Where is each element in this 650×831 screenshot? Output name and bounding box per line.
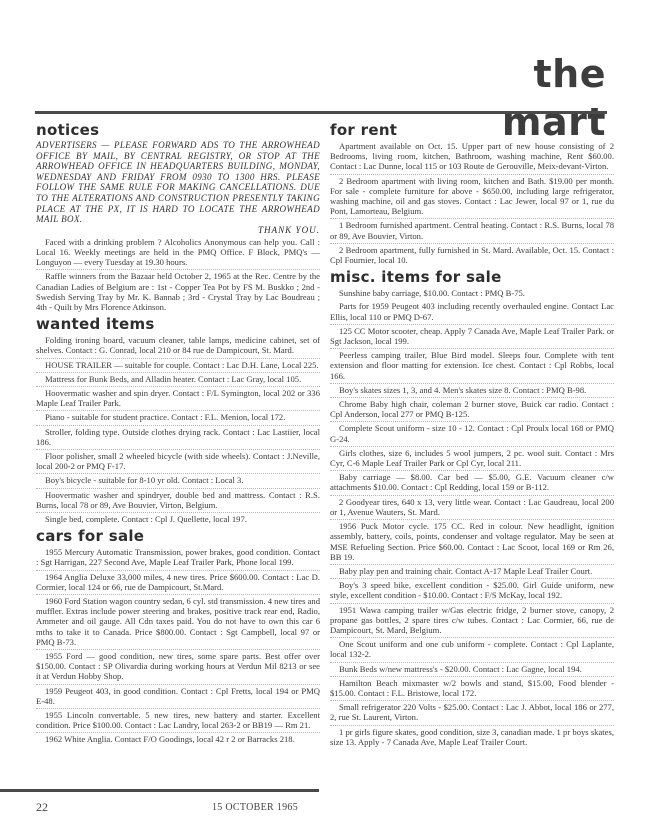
- wanted-items-heading: wanted items: [36, 316, 320, 332]
- misc-ad: Chrome Baby high chair, coleman 2 burner…: [330, 398, 614, 422]
- left-column: notices ADVERTISERS — PLEASE FORWARD ADS…: [36, 120, 320, 747]
- misc-ad: 1956 Puck Motor cycle. 175 CC. Red in co…: [330, 520, 614, 565]
- misc-ad: One Scout uniform and one cub uniform - …: [330, 638, 614, 662]
- misc-ad: Baby play pen and training chair. Contac…: [330, 565, 614, 579]
- page-number: 22: [36, 800, 48, 815]
- misc-ad: Baby carriage — $8.00. Car bed — $5.00, …: [330, 471, 614, 495]
- misc-ad: 1 pr girls figure skates, good condition…: [330, 726, 614, 749]
- wanted-ad: Piano - suitable for student practice. C…: [36, 411, 320, 425]
- advertisers-notice: ADVERTISERS — PLEASE FORWARD ADS TO THE …: [36, 140, 320, 225]
- wanted-ad: Hoovermatic washer and spin dryer. Conta…: [36, 387, 320, 411]
- misc-ad: 125 CC Motor scooter, cheap. Apply 7 Can…: [330, 325, 614, 349]
- misc-ad: Parts for 1959 Peugeot 403 including rec…: [330, 300, 614, 324]
- header-rule: [35, 111, 607, 114]
- misc-ad: Girls clothes, size 6, includes 5 wool j…: [330, 447, 614, 471]
- misc-items-heading: misc. items for sale: [330, 269, 614, 285]
- notice-item: Raffle winners from the Bazaar held Octo…: [36, 270, 320, 314]
- misc-ad: Boy's 3 speed bike, excellent condition …: [330, 579, 614, 603]
- misc-ad: Boy's skates sizes 1, 3, and 4. Men's sk…: [330, 384, 614, 398]
- wanted-ad: Stroller, folding type. Outside clothes …: [36, 426, 320, 450]
- notice-item: Faced with a drinking problem ? Alcoholi…: [36, 236, 320, 271]
- misc-ad: Complete Scout uniform - size 10 - 12. C…: [330, 422, 614, 446]
- misc-ad: Sunshine baby carriage, $10.00. Contact …: [330, 287, 614, 300]
- wanted-ad: Mattress for Bunk Beds, and Alladin heat…: [36, 373, 320, 387]
- for-rent-heading: for rent: [330, 122, 614, 138]
- car-ad: 1955 Lincoln convertable. 5 new tires, n…: [36, 709, 320, 733]
- wanted-ad: Folding ironing board, vacuum cleaner, t…: [36, 334, 320, 358]
- car-ad: 1955 Mercury Automatic Transmission, pow…: [36, 546, 320, 570]
- wanted-ad: Hoovermatic washer and spindryer, double…: [36, 489, 320, 513]
- misc-ad: Small refrigerator 220 Volts - $25.00. C…: [330, 701, 614, 725]
- right-column: for rent Apartment available on Oct. 15.…: [330, 120, 614, 749]
- rent-ad: 2 Bedroom apartment, fully furnished in …: [330, 244, 614, 267]
- misc-ad: 2 Goodyear tires, 640 x 13, very little …: [330, 496, 614, 520]
- notices-heading: notices: [36, 122, 320, 138]
- rent-ad: 2 Bedroom apartment with living room, ki…: [330, 175, 614, 220]
- car-ad: 1955 Ford — good condition, new tires, s…: [36, 650, 320, 685]
- misc-ad: Peerless camping trailer, Blue Bird mode…: [330, 349, 614, 384]
- wanted-ad: Boy's bicycle - suitable for 8-10 yr old…: [36, 474, 320, 488]
- wanted-ad: Single bed, complete. Contact : Cpl J. Q…: [36, 513, 320, 526]
- rent-ad: Apartment available on Oct. 15. Upper pa…: [330, 140, 614, 175]
- wanted-ad: HOUSE TRAILER — suitable for couple. Con…: [36, 359, 320, 373]
- footer-rule: [0, 789, 319, 792]
- misc-ad: Bunk Beds w/new mattress's - $20.00. Con…: [330, 663, 614, 677]
- cars-for-sale-heading: cars for sale: [36, 528, 320, 544]
- rent-ad: 1 Bedroom furnished apartment. Central h…: [330, 219, 614, 243]
- car-ad: 1960 Ford Station wagon country sedan, 6…: [36, 595, 320, 650]
- misc-ad: 1951 Wawa camping trailer w/Gas electric…: [330, 604, 614, 639]
- car-ad: 1964 Anglia Deluxe 33,000 miles, 4 new t…: [36, 571, 320, 595]
- misc-ad: Hamilton Beach mixmaster w/2 bowls and s…: [330, 677, 614, 701]
- car-ad: 1962 White Anglia. Contact F/O Goodings,…: [36, 733, 320, 746]
- notice-thanks: THANK YOU.: [36, 225, 320, 236]
- car-ad: 1959 Peugeot 403, in good condition. Con…: [36, 685, 320, 709]
- issue-date: 15 OCTOBER 1965: [212, 802, 298, 813]
- wanted-ad: Floor polisher, small 2 wheeled bicycle …: [36, 450, 320, 474]
